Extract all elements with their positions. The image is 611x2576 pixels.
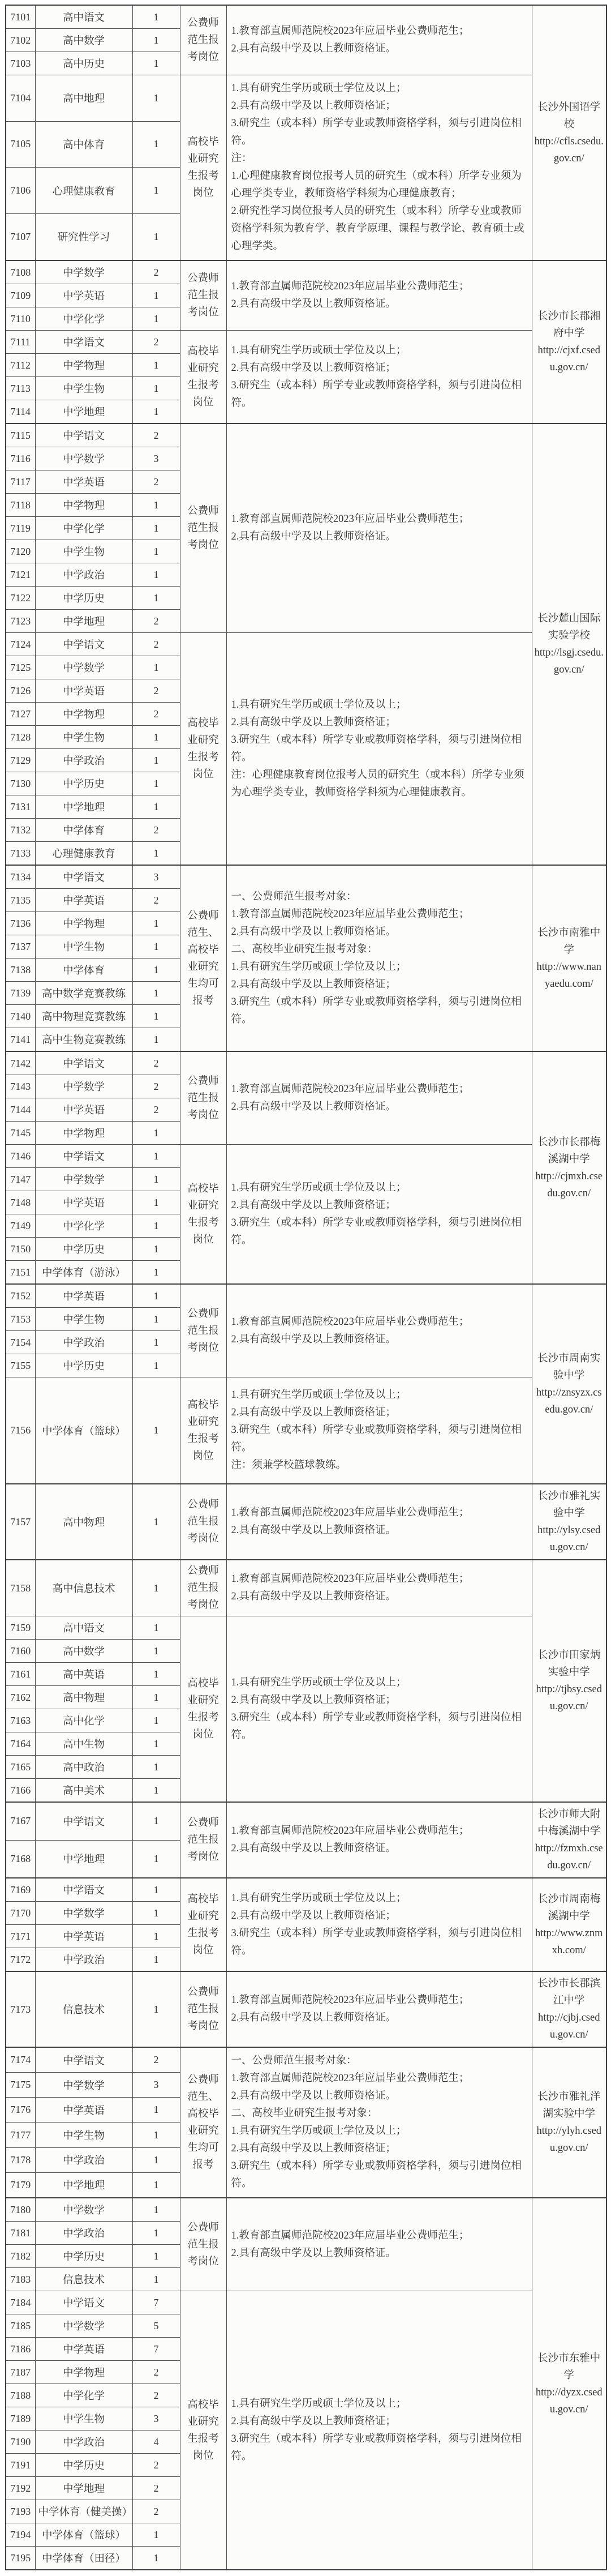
school-cell: 长沙市长郡梅溪湖中学http://cjmxh.csedu.gov.cn/ bbox=[532, 1051, 606, 1284]
recruitment-table: 7101高中语文1公费师范生报考岗位1.教育部直属师范院校2023年应届毕业公费… bbox=[5, 5, 607, 2570]
position-count-cell: 1 bbox=[132, 5, 180, 29]
position-code-cell: 7140 bbox=[6, 1005, 35, 1028]
category-cell: 公费师范生报考岗位 bbox=[180, 1051, 226, 1145]
position-name-cell: 中学体育（游泳） bbox=[35, 1261, 132, 1285]
position-name-cell: 中学英语 bbox=[35, 284, 132, 307]
category-cell: 公费师范生报考岗位 bbox=[180, 1484, 226, 1560]
position-code-cell: 7147 bbox=[6, 1168, 35, 1191]
requirement-line: 注：须兼学校篮球教练。 bbox=[231, 1457, 526, 1474]
school-cell: 长沙麓山国际实验学校http://lsgj.csedu.gov.cn/ bbox=[532, 423, 606, 865]
requirement-line: 2.具有高级中学及以上教师资格证。 bbox=[231, 1588, 526, 1606]
school-cell: 长沙市田家炳实验中学http://tjbsy.csedu.gov.cn/ bbox=[532, 1560, 606, 1802]
position-count-cell: 1 bbox=[132, 1802, 180, 1840]
position-code-cell: 7109 bbox=[6, 284, 35, 307]
table-row: 7159高中语文1高校毕业研究生报考岗位1.具有研究生学历或硕士学位及以上；2.… bbox=[6, 1616, 606, 1640]
requirement-line: 1.教育部直属师范院校2023年应届毕业公费师范生； bbox=[231, 1313, 526, 1331]
position-count-cell: 1 bbox=[132, 2098, 180, 2123]
requirement-line: 2.具有高级中学及以上教师资格证。 bbox=[231, 2009, 526, 2027]
position-code-cell: 7111 bbox=[6, 331, 35, 354]
table-row: 7142中学语文2公费师范生报考岗位1.教育部直属师范院校2023年应届毕业公费… bbox=[6, 1051, 606, 1075]
position-code-cell: 7142 bbox=[6, 1051, 35, 1075]
position-count-cell: 1 bbox=[132, 795, 180, 819]
position-code-cell: 7154 bbox=[6, 1331, 35, 1354]
position-count-cell: 3 bbox=[132, 865, 180, 889]
table-row: 7104高中地理1高校毕业研究生报考岗位1.具有研究生学历或硕士学位及以上；2.… bbox=[6, 75, 606, 122]
category-cell: 高校毕业研究生报考岗位 bbox=[180, 75, 226, 261]
requirement-line: 3.研究生（或本科）所学专业或教师资格学科，须与引进岗位相符。 bbox=[231, 1422, 526, 1457]
position-count-cell: 1 bbox=[132, 656, 180, 679]
position-name-cell: 中学英语 bbox=[35, 1284, 132, 1308]
position-code-cell: 7195 bbox=[6, 2547, 35, 2570]
position-count-cell: 1 bbox=[132, 1971, 180, 2047]
requirement-line: 3.研究生（或本科）所学专业或教师资格学科，须与引进岗位相符。 bbox=[231, 1214, 526, 1250]
position-code-cell: 7105 bbox=[6, 121, 35, 168]
school-name: 长沙市周南实验中学 bbox=[535, 1350, 604, 1384]
position-count-cell: 7 bbox=[132, 2291, 180, 2314]
position-code-cell: 7110 bbox=[6, 307, 35, 331]
category-cell: 高校毕业研究生报考岗位 bbox=[180, 1878, 226, 1971]
table-row: 7115中学语文2公费师范生报考岗位1.教育部直属师范院校2023年应届毕业公费… bbox=[6, 423, 606, 447]
position-count-cell: 2 bbox=[132, 260, 180, 284]
position-code-cell: 7194 bbox=[6, 2523, 35, 2547]
position-count-cell: 1 bbox=[132, 354, 180, 377]
requirement-line: 2.具有高级中学及以上教师资格证。 bbox=[231, 40, 526, 58]
position-count-cell: 2 bbox=[132, 1051, 180, 1075]
position-code-cell: 7173 bbox=[6, 1971, 35, 2047]
position-name-cell: 中学体育 bbox=[35, 958, 132, 982]
position-name-cell: 中学政治 bbox=[35, 2147, 132, 2172]
school-cell: 长沙市长郡湘府中学http://cjxf.csedu.gov.cn/ bbox=[532, 260, 606, 423]
position-name-cell: 中学数学 bbox=[35, 2198, 132, 2222]
position-name-cell: 高中数学 bbox=[35, 1640, 132, 1663]
position-name-cell: 中学物理 bbox=[35, 354, 132, 377]
table-row: 7134中学语文3公费师范生、高校毕业研究生均可报考一、公费师范生报考对象：1.… bbox=[6, 865, 606, 889]
position-name-cell: 中学数学 bbox=[35, 2073, 132, 2098]
position-name-cell: 高中语文 bbox=[35, 1616, 132, 1640]
category-cell: 公费师范生报考岗位 bbox=[180, 1560, 226, 1616]
position-code-cell: 7182 bbox=[6, 2245, 35, 2268]
position-name-cell: 中学数学 bbox=[35, 2314, 132, 2338]
requirement-line: 1.具有研究生学历或硕士学位及以上； bbox=[231, 1387, 526, 1404]
position-name-cell: 中学体育（田径） bbox=[35, 2547, 132, 2570]
position-code-cell: 7126 bbox=[6, 679, 35, 703]
position-code-cell: 7171 bbox=[6, 1925, 35, 1948]
position-name-cell: 高中生物 bbox=[35, 1732, 132, 1756]
position-code-cell: 7112 bbox=[6, 354, 35, 377]
position-count-cell: 1 bbox=[132, 749, 180, 772]
position-code-cell: 7114 bbox=[6, 400, 35, 424]
school-cell: 长沙市周南梅溪湖中学http://www.znmxh.com/ bbox=[532, 1878, 606, 1971]
table-row: 7174中学语文2公费师范生、高校毕业研究生均可报考一、公费师范生报考对象：1.… bbox=[6, 2047, 606, 2073]
table-row: 7101高中语文1公费师范生报考岗位1.教育部直属师范院校2023年应届毕业公费… bbox=[6, 5, 606, 29]
position-name-cell: 中学语文 bbox=[35, 2047, 132, 2073]
position-name-cell: 高中地理 bbox=[35, 75, 132, 122]
position-count-cell: 1 bbox=[132, 168, 180, 214]
position-count-cell: 1 bbox=[132, 540, 180, 563]
position-code-cell: 7161 bbox=[6, 1663, 35, 1686]
requirement-line: 3.研究生（或本科）所学专业或教师资格学科，须与引进岗位相符。 bbox=[231, 2430, 526, 2466]
position-code-cell: 7104 bbox=[6, 75, 35, 122]
table-row: 7184中学语文7高校毕业研究生报考岗位1.具有研究生学历或硕士学位及以上；2.… bbox=[6, 2291, 606, 2314]
position-code-cell: 7119 bbox=[6, 517, 35, 540]
school-url: http://lsgj.csedu.gov.cn/ bbox=[535, 644, 604, 678]
category-cell: 高校毕业研究生报考岗位 bbox=[180, 331, 226, 424]
position-count-cell: 1 bbox=[132, 2198, 180, 2222]
position-code-cell: 7192 bbox=[6, 2477, 35, 2500]
position-count-cell: 1 bbox=[132, 52, 180, 75]
requirement-line: 2.具有高级中学及以上教师资格证。 bbox=[231, 1840, 526, 1858]
category-cell: 高校毕业研究生报考岗位 bbox=[180, 1377, 226, 1484]
position-count-cell: 1 bbox=[132, 1331, 180, 1354]
position-count-cell: 1 bbox=[132, 1902, 180, 1925]
requirements-cell: 1.教育部直属师范院校2023年应届毕业公费师范生；2.具有高级中学及以上教师资… bbox=[226, 5, 532, 75]
position-count-cell: 2 bbox=[132, 331, 180, 354]
position-code-cell: 7152 bbox=[6, 1284, 35, 1308]
school-name: 长沙市长郡滨江中学 bbox=[535, 1975, 604, 2009]
position-code-cell: 7145 bbox=[6, 1122, 35, 1145]
position-count-cell: 1 bbox=[132, 587, 180, 610]
position-count-cell: 3 bbox=[132, 2407, 180, 2430]
table-row: 7124中学语文2高校毕业研究生报考岗位1.具有研究生学历或硕士学位及以上；2.… bbox=[6, 633, 606, 656]
position-name-cell: 中学语文 bbox=[35, 2291, 132, 2314]
position-code-cell: 7117 bbox=[6, 470, 35, 494]
position-count-cell: 1 bbox=[132, 912, 180, 935]
position-count-cell: 1 bbox=[132, 1640, 180, 1663]
position-count-cell: 1 bbox=[132, 935, 180, 958]
requirement-line: 2.具有高级中学及以上教师资格证； bbox=[231, 2413, 526, 2430]
position-code-cell: 7106 bbox=[6, 168, 35, 214]
position-count-cell: 2 bbox=[132, 703, 180, 726]
position-code-cell: 7143 bbox=[6, 1075, 35, 1098]
position-code-cell: 7176 bbox=[6, 2098, 35, 2123]
position-count-cell: 1 bbox=[132, 1122, 180, 1145]
position-count-cell: 1 bbox=[132, 2172, 180, 2198]
requirements-cell: 1.教育部直属师范院校2023年应届毕业公费师范生；2.具有高级中学及以上教师资… bbox=[226, 1802, 532, 1878]
position-name-cell: 中学地理 bbox=[35, 400, 132, 424]
position-name-cell: 中学物理 bbox=[35, 1122, 132, 1145]
requirement-line: 1.具有研究生学历或硕士学位及以上； bbox=[231, 696, 526, 714]
category-cell: 公费师范生报考岗位 bbox=[180, 1802, 226, 1878]
table-row: 7152中学英语1公费师范生报考岗位1.教育部直属师范院校2023年应届毕业公费… bbox=[6, 1284, 606, 1308]
requirement-line: 3.研究生（或本科）所学专业或教师资格学科，须与引进岗位相符。 bbox=[231, 994, 526, 1029]
position-name-cell: 中学地理 bbox=[35, 2477, 132, 2500]
position-count-cell: 2 bbox=[132, 1075, 180, 1098]
requirements-cell: 1.具有研究生学历或硕士学位及以上；2.具有高级中学及以上教师资格证；3.研究生… bbox=[226, 1616, 532, 1803]
position-count-cell: 1 bbox=[132, 1377, 180, 1484]
position-code-cell: 7137 bbox=[6, 935, 35, 958]
school-url: http://www.znmxh.com/ bbox=[535, 1925, 604, 1959]
table-row: 7169中学语文1高校毕业研究生报考岗位1.具有研究生学历或硕士学位及以上；2.… bbox=[6, 1878, 606, 1902]
position-count-cell: 1 bbox=[132, 1308, 180, 1331]
position-name-cell: 高中化学 bbox=[35, 1709, 132, 1732]
position-count-cell: 2 bbox=[132, 2047, 180, 2073]
position-code-cell: 7107 bbox=[6, 213, 35, 260]
position-code-cell: 7138 bbox=[6, 958, 35, 982]
position-count-cell: 1 bbox=[132, 213, 180, 260]
position-code-cell: 7190 bbox=[6, 2430, 35, 2454]
requirement-line: 1.具有研究生学历或硕士学位及以上； bbox=[231, 80, 526, 97]
position-code-cell: 7139 bbox=[6, 982, 35, 1005]
position-name-cell: 高中物理 bbox=[35, 1484, 132, 1560]
school-url: http://ylyh.csedu.gov.cn/ bbox=[535, 2123, 604, 2156]
position-code-cell: 7150 bbox=[6, 1238, 35, 1261]
requirement-line: 2.具有高级中学及以上教师资格证。 bbox=[231, 1098, 526, 1116]
position-name-cell: 高中政治 bbox=[35, 1756, 132, 1779]
position-code-cell: 7101 bbox=[6, 5, 35, 29]
position-name-cell: 中学生物 bbox=[35, 540, 132, 563]
requirement-line: 3.研究生（或本科）所学专业或教师资格学科，须与引进岗位相符。 bbox=[231, 377, 526, 412]
school-name: 长沙市周南梅溪湖中学 bbox=[535, 1891, 604, 1925]
position-count-cell: 2 bbox=[132, 610, 180, 633]
school-url: http://dyzx.csedu.gov.cn/ bbox=[535, 2384, 604, 2418]
position-code-cell: 7153 bbox=[6, 1308, 35, 1331]
requirement-line: 3.研究生（或本科）所学专业或教师资格学科，须与引进岗位相符。 bbox=[231, 1925, 526, 1960]
position-count-cell: 1 bbox=[132, 1005, 180, 1028]
position-count-cell: 1 bbox=[132, 726, 180, 749]
table-row: 7167中学语文1公费师范生报考岗位1.教育部直属师范院校2023年应届毕业公费… bbox=[6, 1802, 606, 1840]
position-count-cell: 1 bbox=[132, 1840, 180, 1878]
position-count-cell: 1 bbox=[132, 29, 180, 52]
position-code-cell: 7136 bbox=[6, 912, 35, 935]
position-name-cell: 中学地理 bbox=[35, 795, 132, 819]
position-count-cell: 1 bbox=[132, 1948, 180, 1972]
position-name-cell: 中学政治 bbox=[35, 749, 132, 772]
position-code-cell: 7120 bbox=[6, 540, 35, 563]
position-count-cell: 1 bbox=[132, 2245, 180, 2268]
position-code-cell: 7135 bbox=[6, 889, 35, 912]
position-count-cell: 1 bbox=[132, 1732, 180, 1756]
position-count-cell: 1 bbox=[132, 2222, 180, 2245]
position-code-cell: 7151 bbox=[6, 1261, 35, 1285]
position-code-cell: 7141 bbox=[6, 1028, 35, 1052]
position-name-cell: 中学化学 bbox=[35, 2384, 132, 2407]
position-name-cell: 中学政治 bbox=[35, 2430, 132, 2454]
position-count-cell: 2 bbox=[132, 889, 180, 912]
school-cell: 长沙外国语学校http://cfls.csedu.gov.cn/ bbox=[532, 5, 606, 260]
requirement-line: 2.具有高级中学及以上教师资格证； bbox=[231, 1692, 526, 1709]
requirement-line: 1.具有研究生学历或硕士学位及以上； bbox=[231, 1890, 526, 1907]
school-cell: 长沙市雅礼洋湖实验中学http://ylyh.csedu.gov.cn/ bbox=[532, 2047, 606, 2198]
page: 7101高中语文1公费师范生报考岗位1.教育部直属师范院校2023年应届毕业公费… bbox=[0, 0, 611, 2576]
position-code-cell: 7121 bbox=[6, 563, 35, 587]
position-name-cell: 中学地理 bbox=[35, 2172, 132, 2198]
requirements-cell: 1.教育部直属师范院校2023年应届毕业公费师范生；2.具有高级中学及以上教师资… bbox=[226, 423, 532, 633]
position-count-cell: 1 bbox=[132, 2147, 180, 2172]
requirement-line: 3.研究生（或本科）所学专业或教师资格学科，须与引进岗位相符。 bbox=[231, 115, 526, 150]
position-name-cell: 中学英语 bbox=[35, 1925, 132, 1948]
position-count-cell: 1 bbox=[132, 958, 180, 982]
school-name: 长沙市师大附中梅溪湖中学 bbox=[535, 1806, 604, 1840]
position-code-cell: 7170 bbox=[6, 1902, 35, 1925]
position-count-cell: 2 bbox=[132, 2384, 180, 2407]
position-name-cell: 中学英语 bbox=[35, 1191, 132, 1214]
category-cell: 公费师范生报考岗位 bbox=[180, 5, 226, 75]
school-cell: 长沙市长郡滨江中学http://cjbj.csedu.gov.cn/ bbox=[532, 1971, 606, 2047]
school-name: 长沙外国语学校 bbox=[535, 99, 604, 133]
requirements-cell: 1.教育部直属师范院校2023年应届毕业公费师范生；2.具有高级中学及以上教师资… bbox=[226, 1051, 532, 1145]
recruitment-table-body: 7101高中语文1公费师范生报考岗位1.教育部直属师范院校2023年应届毕业公费… bbox=[6, 5, 606, 2570]
position-name-cell: 中学生物 bbox=[35, 1308, 132, 1331]
position-count-cell: 1 bbox=[132, 1261, 180, 1285]
category-cell: 公费师范生、高校毕业研究生均可报考 bbox=[180, 865, 226, 1051]
position-code-cell: 7185 bbox=[6, 2314, 35, 2338]
position-code-cell: 7179 bbox=[6, 2172, 35, 2198]
position-code-cell: 7183 bbox=[6, 2268, 35, 2291]
position-name-cell: 中学生物 bbox=[35, 935, 132, 958]
requirement-line: 注：心理健康教育岗位报考人员的研究生（或本科）所学专业须为心理学类专业，教师资格… bbox=[231, 767, 526, 802]
table-row: 7108中学数学2公费师范生报考岗位1.教育部直属师范院校2023年应届毕业公费… bbox=[6, 260, 606, 284]
position-code-cell: 7175 bbox=[6, 2073, 35, 2098]
requirement-line: 2.具有高级中学及以上教师资格证； bbox=[231, 97, 526, 115]
position-count-cell: 3 bbox=[132, 447, 180, 470]
requirements-cell: 1.具有研究生学历或硕士学位及以上；2.具有高级中学及以上教师资格证；3.研究生… bbox=[226, 1377, 532, 1484]
position-code-cell: 7193 bbox=[6, 2500, 35, 2523]
position-code-cell: 7124 bbox=[6, 633, 35, 656]
position-count-cell: 1 bbox=[132, 1925, 180, 1948]
category-cell: 公费师范生、高校毕业研究生均可报考 bbox=[180, 2047, 226, 2198]
table-row: 7173信息技术1公费师范生报考岗位1.教育部直属师范院校2023年应届毕业公费… bbox=[6, 1971, 606, 2047]
position-count-cell: 1 bbox=[132, 1878, 180, 1902]
position-count-cell: 1 bbox=[132, 517, 180, 540]
position-code-cell: 7157 bbox=[6, 1484, 35, 1560]
school-cell: 长沙市周南实验中学http://znsyzx.csedu.gov.cn/ bbox=[532, 1284, 606, 1484]
school-name: 长沙市田家炳实验中学 bbox=[535, 1647, 604, 1681]
school-name: 长沙市东雅中学 bbox=[535, 2350, 604, 2384]
position-code-cell: 7130 bbox=[6, 772, 35, 795]
position-count-cell: 1 bbox=[132, 400, 180, 424]
position-name-cell: 中学政治 bbox=[35, 2222, 132, 2245]
position-count-cell: 2 bbox=[132, 633, 180, 656]
position-name-cell: 中学物理 bbox=[35, 2361, 132, 2384]
school-url: http://fzmxh.csedu.gov.cn/ bbox=[535, 1840, 604, 1874]
position-code-cell: 7133 bbox=[6, 842, 35, 866]
position-count-cell: 1 bbox=[132, 982, 180, 1005]
requirements-cell: 一、公费师范生报考对象：1.教育部直属师范院校2023年应届毕业公费师范生；2.… bbox=[226, 865, 532, 1051]
category-cell: 高校毕业研究生报考岗位 bbox=[180, 633, 226, 866]
position-code-cell: 7123 bbox=[6, 610, 35, 633]
requirement-line: 1.教育部直属师范院校2023年应届毕业公费师范生； bbox=[231, 2070, 526, 2087]
position-code-cell: 7166 bbox=[6, 1779, 35, 1803]
position-count-cell: 1 bbox=[132, 2268, 180, 2291]
position-name-cell: 中学化学 bbox=[35, 517, 132, 540]
requirement-line: 2.具有高级中学及以上教师资格证； bbox=[231, 2140, 526, 2158]
position-code-cell: 7181 bbox=[6, 2222, 35, 2245]
position-name-cell: 高中生物竞赛教练 bbox=[35, 1028, 132, 1052]
position-name-cell: 中学英语 bbox=[35, 679, 132, 703]
requirement-line: 二、高校毕业研究生报考对象： bbox=[231, 941, 526, 958]
position-count-cell: 1 bbox=[132, 842, 180, 866]
position-name-cell: 中学历史 bbox=[35, 587, 132, 610]
position-count-cell: 1 bbox=[132, 1779, 180, 1803]
position-count-cell: 1 bbox=[132, 1214, 180, 1238]
table-row: 7146中学语文1高校毕业研究生报考岗位1.具有研究生学历或硕士学位及以上；2.… bbox=[6, 1145, 606, 1168]
category-cell: 高校毕业研究生报考岗位 bbox=[180, 1145, 226, 1285]
position-name-cell: 中学数学 bbox=[35, 1168, 132, 1191]
position-count-cell: 1 bbox=[132, 2523, 180, 2547]
position-count-cell: 2 bbox=[132, 1098, 180, 1122]
position-name-cell: 中学语文 bbox=[35, 1145, 132, 1168]
position-name-cell: 中学生物 bbox=[35, 726, 132, 749]
requirement-line: 一、公费师范生报考对象： bbox=[231, 888, 526, 906]
position-count-cell: 1 bbox=[132, 772, 180, 795]
position-count-cell: 2 bbox=[132, 423, 180, 447]
position-name-cell: 中学英语 bbox=[35, 2098, 132, 2123]
position-name-cell: 中学历史 bbox=[35, 772, 132, 795]
position-code-cell: 7129 bbox=[6, 749, 35, 772]
position-code-cell: 7144 bbox=[6, 1098, 35, 1122]
school-cell: 长沙市南雅中学http://www.nanyaedu.com/ bbox=[532, 865, 606, 1051]
position-name-cell: 中学政治 bbox=[35, 1331, 132, 1354]
requirement-line: 1.教育部直属师范院校2023年应届毕业公费师范生； bbox=[231, 511, 526, 528]
position-name-cell: 中学化学 bbox=[35, 307, 132, 331]
requirements-cell: 1.教育部直属师范院校2023年应届毕业公费师范生；2.具有高级中学及以上教师资… bbox=[226, 2198, 532, 2291]
category-cell: 高校毕业研究生报考岗位 bbox=[180, 1616, 226, 1803]
position-code-cell: 7191 bbox=[6, 2454, 35, 2477]
requirement-line: 1.教育部直属师范院校2023年应届毕业公费师范生； bbox=[231, 1081, 526, 1098]
requirement-line: 二、高校毕业研究生报考对象： bbox=[231, 2105, 526, 2123]
position-count-cell: 1 bbox=[132, 1284, 180, 1308]
position-count-cell: 2 bbox=[132, 679, 180, 703]
position-name-cell: 中学语文 bbox=[35, 1878, 132, 1902]
position-count-cell: 1 bbox=[132, 75, 180, 122]
position-count-cell: 1 bbox=[132, 1168, 180, 1191]
position-name-cell: 中学体育（篮球） bbox=[35, 2523, 132, 2547]
position-count-cell: 5 bbox=[132, 2314, 180, 2338]
position-name-cell: 中学历史 bbox=[35, 1354, 132, 1377]
position-code-cell: 7169 bbox=[6, 1878, 35, 1902]
requirement-line: 1.具有研究生学历或硕士学位及以上； bbox=[231, 2395, 526, 2413]
position-name-cell: 中学政治 bbox=[35, 563, 132, 587]
position-code-cell: 7103 bbox=[6, 52, 35, 75]
position-code-cell: 7127 bbox=[6, 703, 35, 726]
position-code-cell: 7172 bbox=[6, 1948, 35, 1972]
position-code-cell: 7131 bbox=[6, 795, 35, 819]
requirements-cell: 1.具有研究生学历或硕士学位及以上；2.具有高级中学及以上教师资格证；3.研究生… bbox=[226, 633, 532, 866]
position-name-cell: 中学体育（篮球） bbox=[35, 1377, 132, 1484]
requirement-line: 2.具有高级中学及以上教师资格证。 bbox=[231, 1522, 526, 1539]
position-name-cell: 中学语文 bbox=[35, 633, 132, 656]
position-name-cell: 中学英语 bbox=[35, 1098, 132, 1122]
position-name-cell: 中学数学 bbox=[35, 1902, 132, 1925]
position-count-cell: 1 bbox=[132, 1616, 180, 1640]
position-code-cell: 7188 bbox=[6, 2384, 35, 2407]
school-name: 长沙市长郡梅溪湖中学 bbox=[535, 1134, 604, 1168]
requirement-line: 1.教育部直属师范院校2023年应届毕业公费师范生； bbox=[231, 906, 526, 923]
requirement-line: 3.研究生（或本科）所学专业或教师资格学科，须与引进岗位相符。 bbox=[231, 2158, 526, 2193]
requirement-line: 1.具有研究生学历或硕士学位及以上； bbox=[231, 958, 526, 976]
position-name-cell: 高中美术 bbox=[35, 1779, 132, 1803]
position-count-cell: 1 bbox=[132, 494, 180, 517]
requirement-line: 2.具有高级中学及以上教师资格证。 bbox=[231, 2245, 526, 2262]
position-code-cell: 7186 bbox=[6, 2338, 35, 2361]
position-code-cell: 7149 bbox=[6, 1214, 35, 1238]
requirement-line: 2.具有高级中学及以上教师资格证； bbox=[231, 976, 526, 994]
position-name-cell: 中学语文 bbox=[35, 331, 132, 354]
position-name-cell: 中学体育（健美操） bbox=[35, 2500, 132, 2523]
position-code-cell: 7158 bbox=[6, 1560, 35, 1616]
position-code-cell: 7180 bbox=[6, 2198, 35, 2222]
requirements-cell: 1.教育部直属师范院校2023年应届毕业公费师范生；2.具有高级中学及以上教师资… bbox=[226, 1484, 532, 1560]
school-url: http://cfls.csedu.gov.cn/ bbox=[535, 133, 604, 167]
position-count-cell: 1 bbox=[132, 1756, 180, 1779]
position-code-cell: 7115 bbox=[6, 423, 35, 447]
requirements-cell: 1.具有研究生学历或硕士学位及以上；2.具有高级中学及以上教师资格证；3.研究生… bbox=[226, 75, 532, 261]
position-code-cell: 7164 bbox=[6, 1732, 35, 1756]
position-code-cell: 7125 bbox=[6, 656, 35, 679]
category-cell: 公费师范生报考岗位 bbox=[180, 1284, 226, 1377]
position-count-cell: 2 bbox=[132, 2361, 180, 2384]
position-count-cell: 1 bbox=[132, 307, 180, 331]
